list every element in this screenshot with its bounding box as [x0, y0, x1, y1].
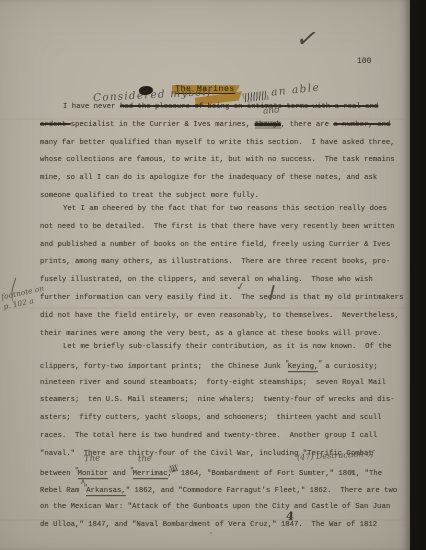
typed-text: not need to be detailed. The first is th…	[40, 223, 395, 231]
typed-text: their marines were among the very best, …	[40, 330, 382, 338]
insertion-caret: ∧	[80, 477, 86, 486]
typed-line: further information can very easily find…	[40, 290, 410, 308]
typed-line: de Ulloa," 1847, and "Naval Bombardment …	[40, 517, 410, 535]
typed-text: further information can very easily find…	[40, 294, 403, 302]
typed-text: races. The total here is two hundred and…	[40, 432, 377, 440]
typed-text: , there are	[281, 121, 334, 129]
typed-line: races. The total here is two hundred and…	[40, 428, 410, 446]
insertion-caret: ∧	[349, 468, 355, 477]
typed-line: mine, so all I can do is apologize for t…	[40, 170, 410, 188]
typed-text: on the Mexican War: "Attack of the Gunbo…	[40, 503, 390, 511]
typed-paragraph: I have never had the pleasure of being o…	[40, 99, 410, 206]
manuscript-page: 100 The Marines I have never had the ple…	[0, 0, 410, 550]
typed-text: Yet I am cheered by the fact that for tw…	[63, 205, 387, 213]
typed-text: asters; fifty cutters, yacht sloops, and…	[40, 414, 382, 422]
typed-text: a curiosity;	[321, 363, 378, 371]
typed-text: de Ulloa," 1847, and "Naval Bombardment …	[40, 521, 377, 529]
typed-paragraph: Yet I am cheered by the fact that for tw…	[40, 201, 410, 343]
typed-text: whose collections are famous, to write i…	[40, 156, 395, 164]
hand-quote-mark: "	[130, 462, 133, 480]
typed-line: did not have the field entirely, or even…	[40, 308, 410, 326]
typed-text: clippers, forty-two important prints; th…	[40, 363, 285, 371]
handwritten-insertion-the-merrimac: the	[138, 454, 153, 465]
typed-text: did not have the field entirely, or even…	[40, 312, 399, 320]
typed-text: someone qualified to treat the subject m…	[40, 192, 259, 200]
handwritten-insertion-and: and	[263, 105, 281, 116]
typed-line: many far better qualified than myself to…	[40, 135, 410, 153]
typed-line: not need to be detailed. The first is th…	[40, 219, 410, 237]
typed-text: and	[108, 470, 130, 478]
hand-quote-mark: "	[75, 462, 78, 480]
typed-text: nineteen river and sound steamboats; for…	[40, 379, 386, 387]
typed-line: Rebel Ram "Arkansas," 1862, and "Commodo…	[40, 481, 410, 499]
handwritten-digit-correction: 4	[286, 509, 295, 524]
typed-line: Let me briefly sub-classify their contri…	[40, 339, 410, 357]
handwritten-insertion-the-monitor: The	[84, 453, 101, 464]
typed-line: steamers; ten U.S. Mail steamers; nine w…	[40, 392, 410, 410]
hand-quote-mark: "	[285, 355, 288, 373]
typed-line: ardent specialist in the Currier & Ives …	[40, 117, 410, 135]
typed-line: nineteen river and sound steamboats; for…	[40, 375, 410, 393]
typed-line: asters; fifty cutters, yacht sloops, and…	[40, 410, 410, 428]
typed-line: and published a number of books on the e…	[40, 237, 410, 255]
typed-line: prints, among many others, as illustrati…	[40, 254, 410, 272]
typed-text: Let me briefly sub-classify their contri…	[63, 343, 391, 351]
typed-text: I have never	[63, 103, 120, 111]
typed-text: fusely illustrated, on the clippers, and…	[40, 276, 373, 284]
typed-line: clippers, forty-two important prints; th…	[40, 357, 410, 375]
hand-underlined-text: Keying,	[288, 363, 319, 371]
typed-text: and published a number of books on the e…	[40, 241, 390, 249]
typed-text: mine, so all I can do is apologize for t…	[40, 174, 377, 182]
typed-text: prints, among many others, as illustrati…	[40, 258, 390, 266]
typed-text: specialist in the Currier & Ives marines…	[71, 121, 255, 129]
typed-text: many far better qualified than myself to…	[40, 139, 395, 147]
typed-text: between	[40, 470, 75, 478]
struck-text: ardent	[40, 121, 71, 129]
struck-text: a number, and	[333, 121, 390, 129]
typed-line: Yet I am cheered by the fact that for tw…	[40, 201, 410, 219]
typed-text: steamers; ten U.S. Mail steamers; nine w…	[40, 396, 395, 404]
hand-underlined-text: Merrimac	[133, 470, 168, 478]
typed-paragraph: Let me briefly sub-classify their contri…	[40, 339, 410, 535]
typed-text: " 1862, and "Commodore Farragut's Fleet,…	[126, 487, 398, 495]
struck-text: though	[255, 121, 281, 129]
struck-text: had the pleasure of being on intimate te…	[120, 103, 378, 111]
photo-of-manuscript: 100 The Marines I have never had the ple…	[0, 0, 426, 550]
pencil-checkmark-find-it: ✓	[235, 279, 246, 293]
typed-line: whose collections are famous, to write i…	[40, 152, 410, 170]
typed-text: Rebel Ram	[40, 487, 84, 495]
typed-line: on the Mexican War: "Attack of the Gunbo…	[40, 499, 410, 517]
hand-underlined-text: Arkansas,	[86, 487, 125, 495]
hand-quote-mark: "	[318, 355, 321, 373]
typed-line: fusely illustrated, on the clippers, and…	[40, 272, 410, 290]
